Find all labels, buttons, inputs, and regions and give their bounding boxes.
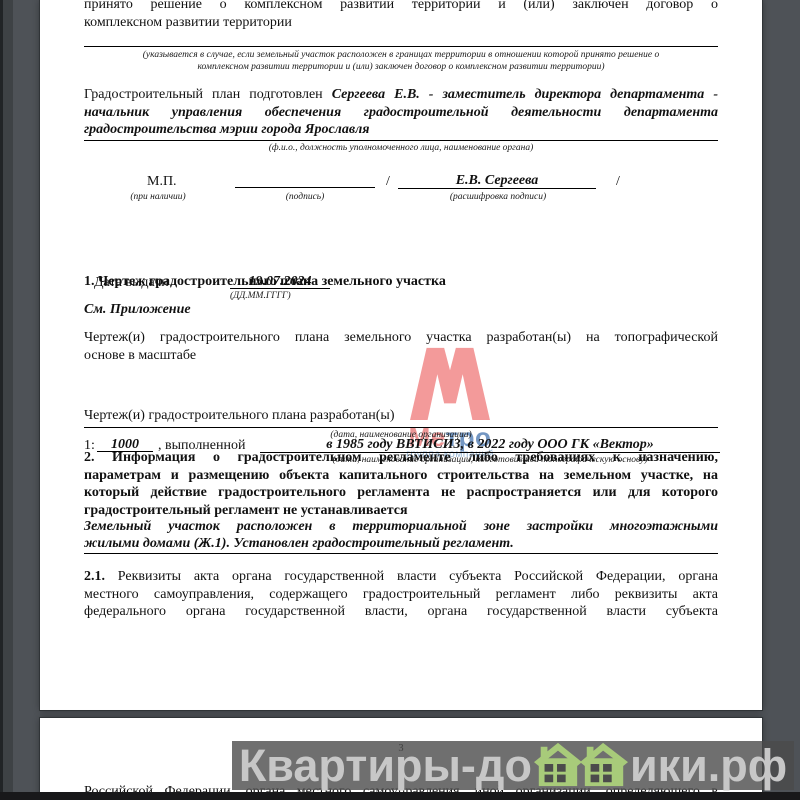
window-edge [3, 0, 13, 800]
text-line: 2. Информация о градостроительном реглам… [84, 449, 718, 467]
prepared-by-name: Сергеева Е.В. - заместитель директора де… [332, 87, 718, 102]
text-line: основе в масштабе [84, 347, 718, 365]
text-line: комплексном развитии территории [84, 14, 718, 32]
text-line: начальник управления обеспечения градост… [84, 104, 718, 122]
text-line: жилыми домами (Ж.1). Установлен градостр… [84, 535, 718, 552]
text-line: Градостроительный план подготовлен Серге… [84, 86, 718, 104]
site-watermark-banner: Квартиры-до ики.рф [232, 741, 794, 790]
banner-text-right: ики.рф [630, 743, 787, 788]
drawn-by-blank-line [84, 411, 718, 428]
text-line: Чертеж(и) градостроительного плана земел… [84, 329, 718, 347]
caption-line: комплексном развитии территории и (или) … [84, 62, 718, 74]
stamp-label: М.П. [147, 173, 177, 191]
document-page-1: Метро группа компаний принято решение о … [40, 0, 762, 710]
caption-line: (указывается в случае, если земельный уч… [84, 50, 718, 62]
prepared-by-prefix: Градостроительный план подготовлен [84, 87, 323, 102]
signature-caption: (подпись) [245, 192, 365, 204]
paragraph-complex-development: принято решение о комплексном развитии т… [84, 0, 718, 31]
clause-number: 2.1. [84, 569, 105, 584]
paragraph-2-1: 2.1. Реквизиты акта органа государственн… [84, 568, 718, 621]
slash-separator: / [616, 173, 620, 191]
caption-official: (ф.и.о., должность уполномоченного лица,… [84, 143, 718, 155]
drawn-by-caption: (дата, наименование организации) [84, 430, 718, 442]
text-line: Земельный участок расположен в территори… [84, 518, 718, 535]
paragraph-drawing-basis: Чертеж(и) градостроительного плана земел… [84, 329, 718, 364]
signature-name-caption: (расшифровка подписи) [428, 192, 568, 204]
section2-heading: 2. Информация о градостроительном реглам… [84, 449, 718, 519]
signature-blank-line [235, 172, 375, 188]
text-line: градостроительный регламент не устанавли… [84, 502, 718, 520]
banner-text-left: Квартиры-до [239, 743, 532, 788]
text-line: 2.1. Реквизиты акта органа государственн… [84, 568, 718, 586]
paragraph-prepared-by: Градостроительный план подготовлен Серге… [84, 86, 718, 154]
stamp-note: (при наличии) [98, 192, 218, 204]
bottom-bar [0, 792, 800, 800]
signature-row: М.П. (при наличии) (подпись) / Е.В. Серг… [84, 172, 718, 206]
text-line: который действие градостроительного регл… [84, 484, 718, 502]
see-attachment-note: См. Приложение [84, 301, 718, 319]
text-line: параметрам и размещению объекта капиталь… [84, 467, 718, 485]
houses-icon [533, 741, 629, 788]
slash-separator: / [386, 173, 390, 191]
section1-heading: 1. Чертеж градостроительного плана земел… [84, 273, 718, 291]
text-line-underlined: градостроительства мэрии города Ярославл… [84, 121, 718, 141]
signature-name-line: Е.В. Сергеева [398, 172, 596, 189]
paragraph-territorial-zone: Земельный участок расположен в территори… [84, 518, 718, 554]
field-caption-complex-development: (указывается в случае, если земельный уч… [84, 46, 718, 73]
text-line: федерального органа государственной влас… [84, 603, 718, 621]
document-viewer[interactable]: { "viewer": { "background_color": "#4e52… [0, 0, 800, 800]
text-line: принято решение о комплексном развитии т… [84, 0, 718, 14]
clause-text: Реквизиты акта органа государственной вл… [118, 569, 718, 584]
text-line: местного самоуправления, содержащего гра… [84, 586, 718, 604]
